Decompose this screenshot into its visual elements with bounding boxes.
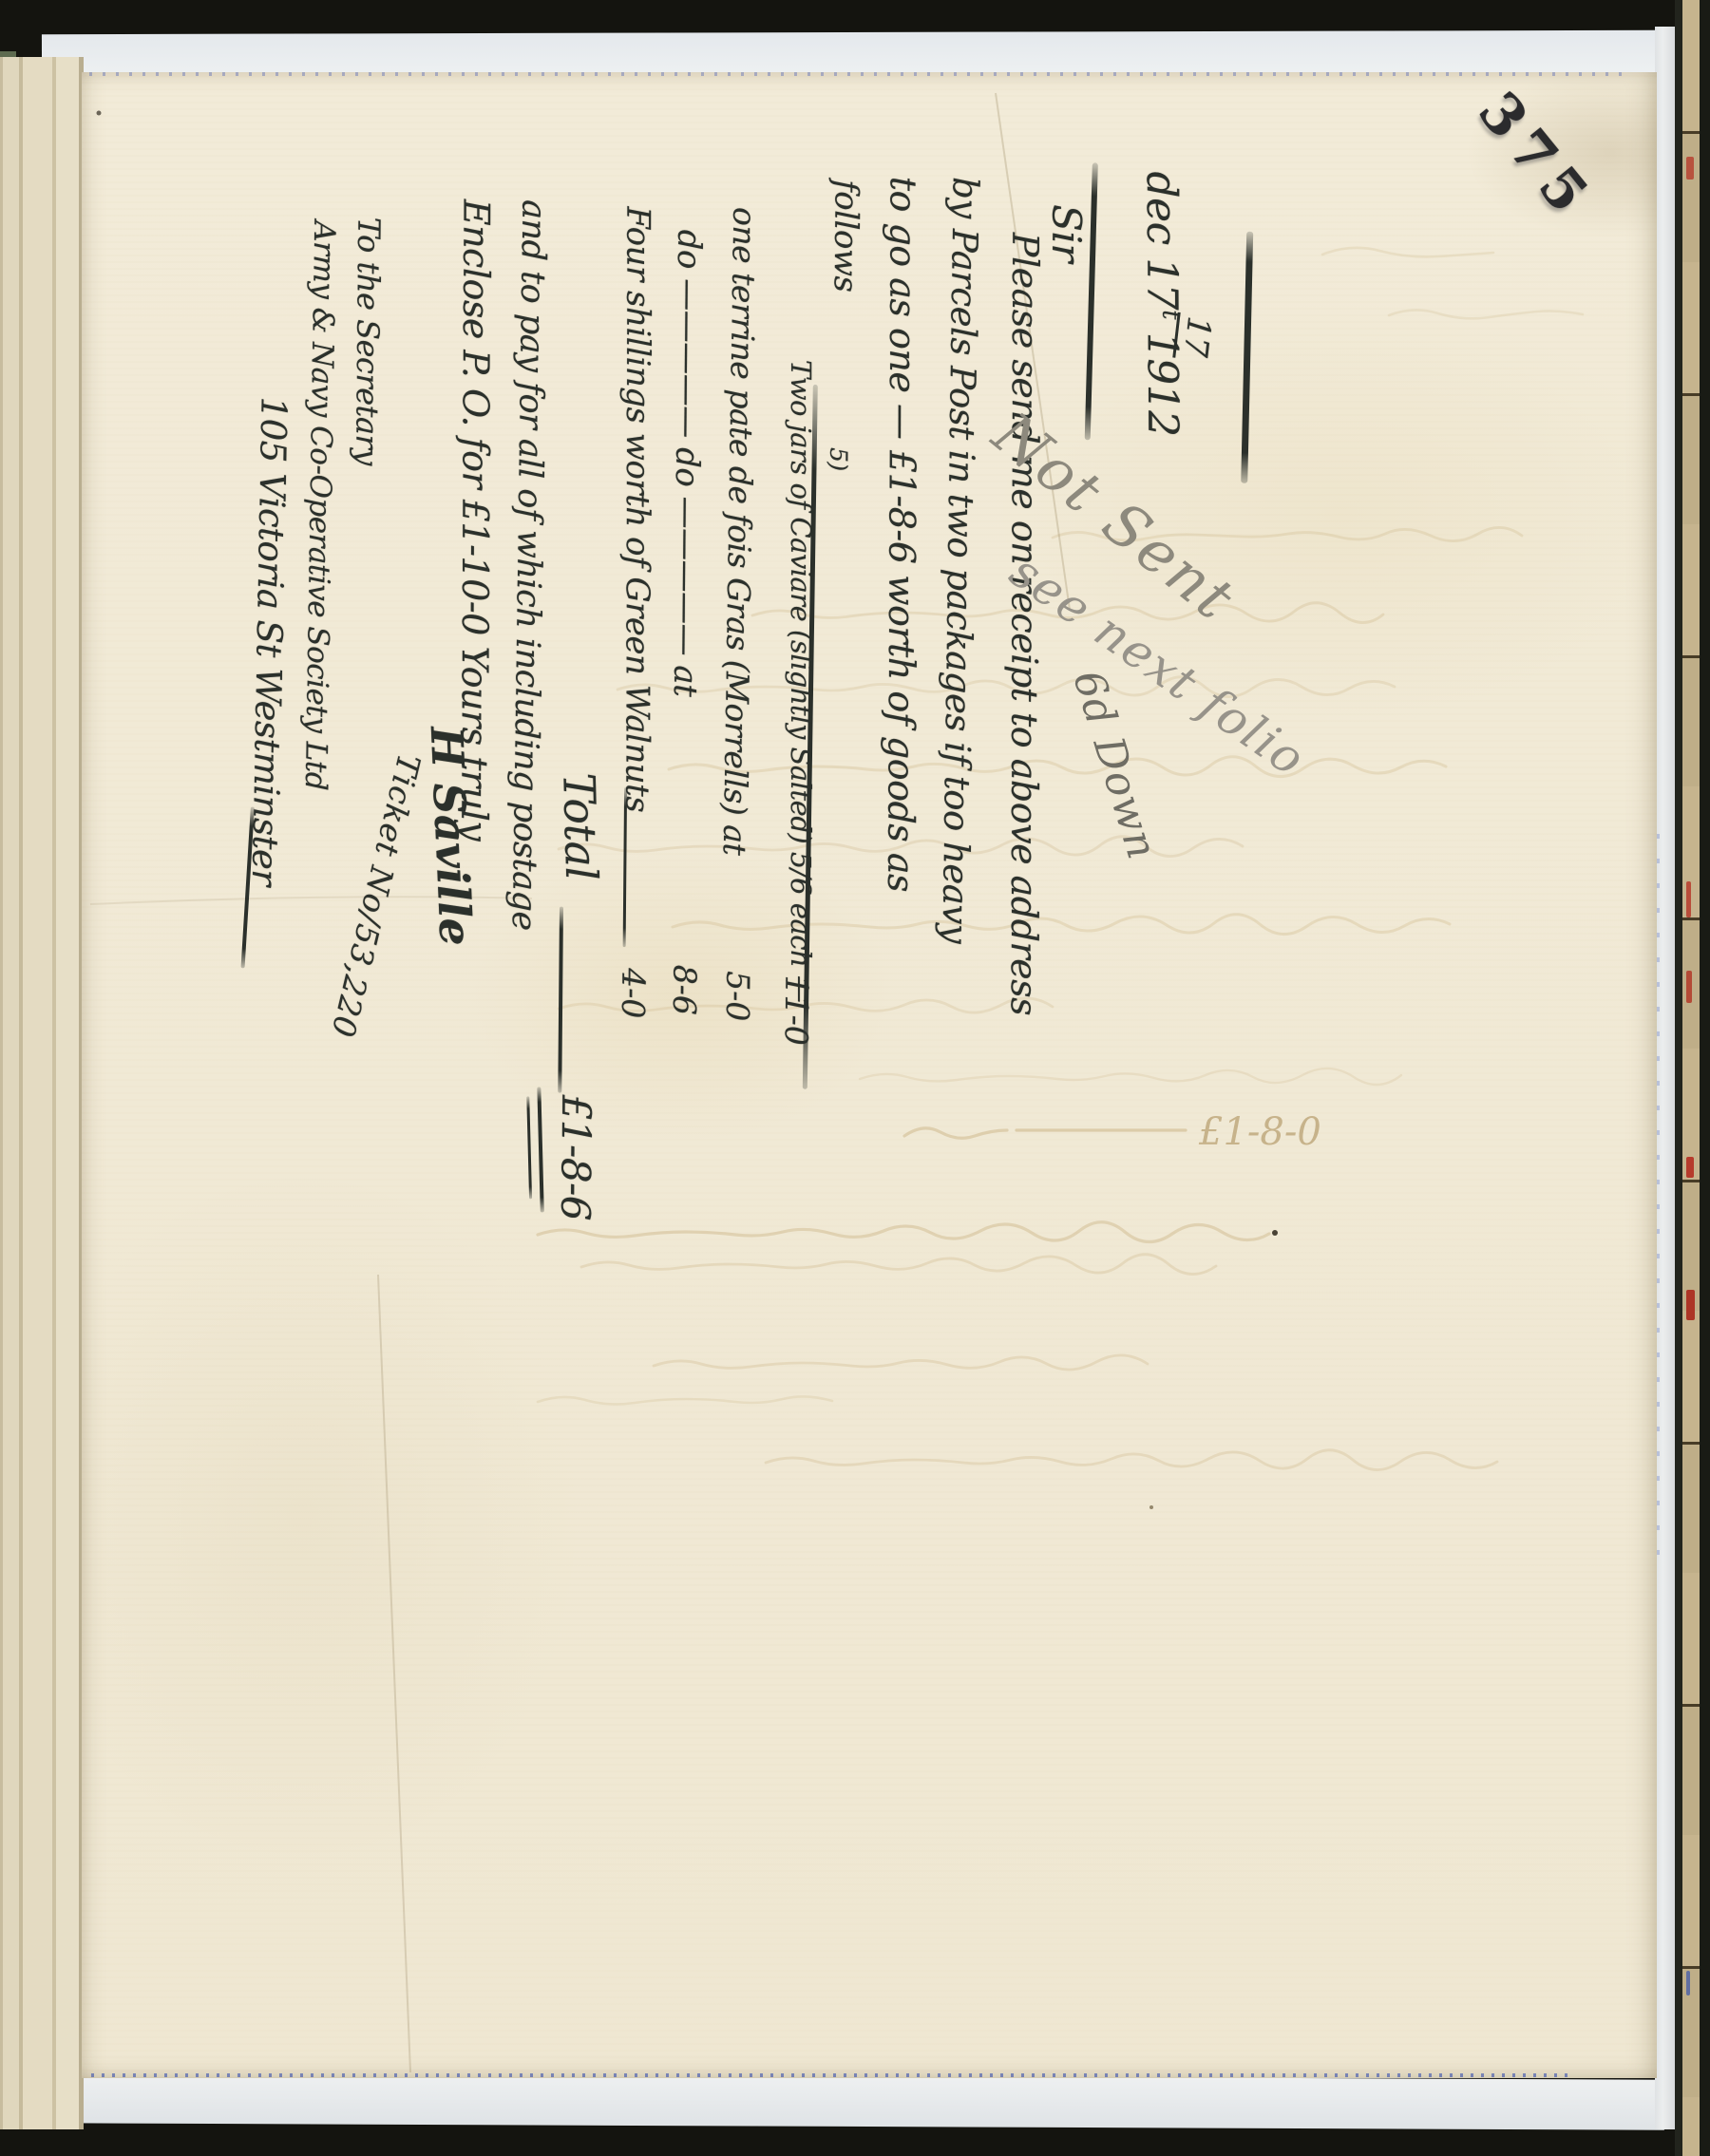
binding-outer-edge [1700, 0, 1710, 2156]
body-line: by Parcels Post in two packages if too h… [934, 177, 985, 944]
red-index-mark [1686, 1157, 1694, 1178]
item-text: Two jars of Caviare (slightly Salted) 5/… [785, 360, 817, 1002]
total-amount: £1-8-6 [552, 1095, 599, 1221]
item-amount: 8-6 [666, 965, 703, 1015]
blue-speckled-edge-right [1657, 834, 1660, 1575]
item-text: one terrine pate de fois Gras (Morrells)… [716, 207, 764, 856]
red-index-mark [1686, 1290, 1695, 1320]
left-page-stack-edge [0, 57, 84, 2129]
index-tab-edge [1682, 0, 1700, 2156]
blue-speckled-edge-bottom [91, 2073, 1573, 2077]
previous-entry-rule [1241, 232, 1253, 483]
body-line: Please send me on receipt to above addre… [1003, 233, 1046, 1015]
body-line: follows [826, 180, 865, 293]
date-year: 1912 [1138, 332, 1187, 437]
blue-speckled-edge-top [89, 72, 1628, 76]
item-amount: 4-0 [615, 968, 652, 1018]
closing-line: and to pay for all of which including po… [504, 199, 553, 931]
date-prefix: dec 17 [1137, 171, 1187, 310]
red-index-mark [1686, 157, 1694, 180]
item-row: do ————— do ————— at 8-6 [699, 146, 709, 1191]
item-row: Two jars of Caviare (slightly Salted) 5/… [809, 147, 819, 1192]
date-superscript: t [1156, 310, 1185, 319]
salutation: Sir [1043, 204, 1091, 262]
total-label: Total [553, 772, 607, 880]
red-index-mark [1686, 971, 1692, 1003]
address-line: Army & Navy Co-Operative Society Ltd [298, 220, 341, 790]
total-underline [526, 1096, 532, 1199]
blue-index-mark [1686, 1971, 1690, 1995]
total-row: Total £1-8-6 [600, 145, 610, 1190]
item-row: Four shillings worth of Green Walnuts 4-… [648, 145, 657, 1190]
item-dash [623, 787, 627, 947]
item-amount: 11-0 [778, 975, 816, 1046]
date-line: dec 17t 1912 [1137, 171, 1187, 437]
item-amount: 5-0 [719, 971, 756, 1021]
item-row: one terrine pate de fois Gras (Morrells)… [754, 146, 764, 1191]
interline-note: 5) [825, 447, 852, 471]
red-index-mark [1686, 881, 1691, 917]
ticket-docket: Ticket No/53,220 [324, 750, 427, 1041]
total-dash [558, 907, 563, 1093]
signature: H Saville [421, 726, 482, 947]
item-text: do ————— do ————— at [666, 230, 708, 697]
body-line: to go as one — £1-8-6 worth of goods as [880, 177, 924, 892]
underlying-page-edge-bottom [55, 2072, 1664, 2129]
scanned-letterbook-page: { "page": { "folio_number": "375" }, "le… [0, 0, 1710, 2156]
binding-dark-strip [1675, 0, 1682, 2156]
address-line: To the Secretary [349, 217, 387, 466]
right-page-edge [1655, 27, 1675, 2129]
item-text: Four shillings worth of Green Walnuts [617, 206, 656, 812]
